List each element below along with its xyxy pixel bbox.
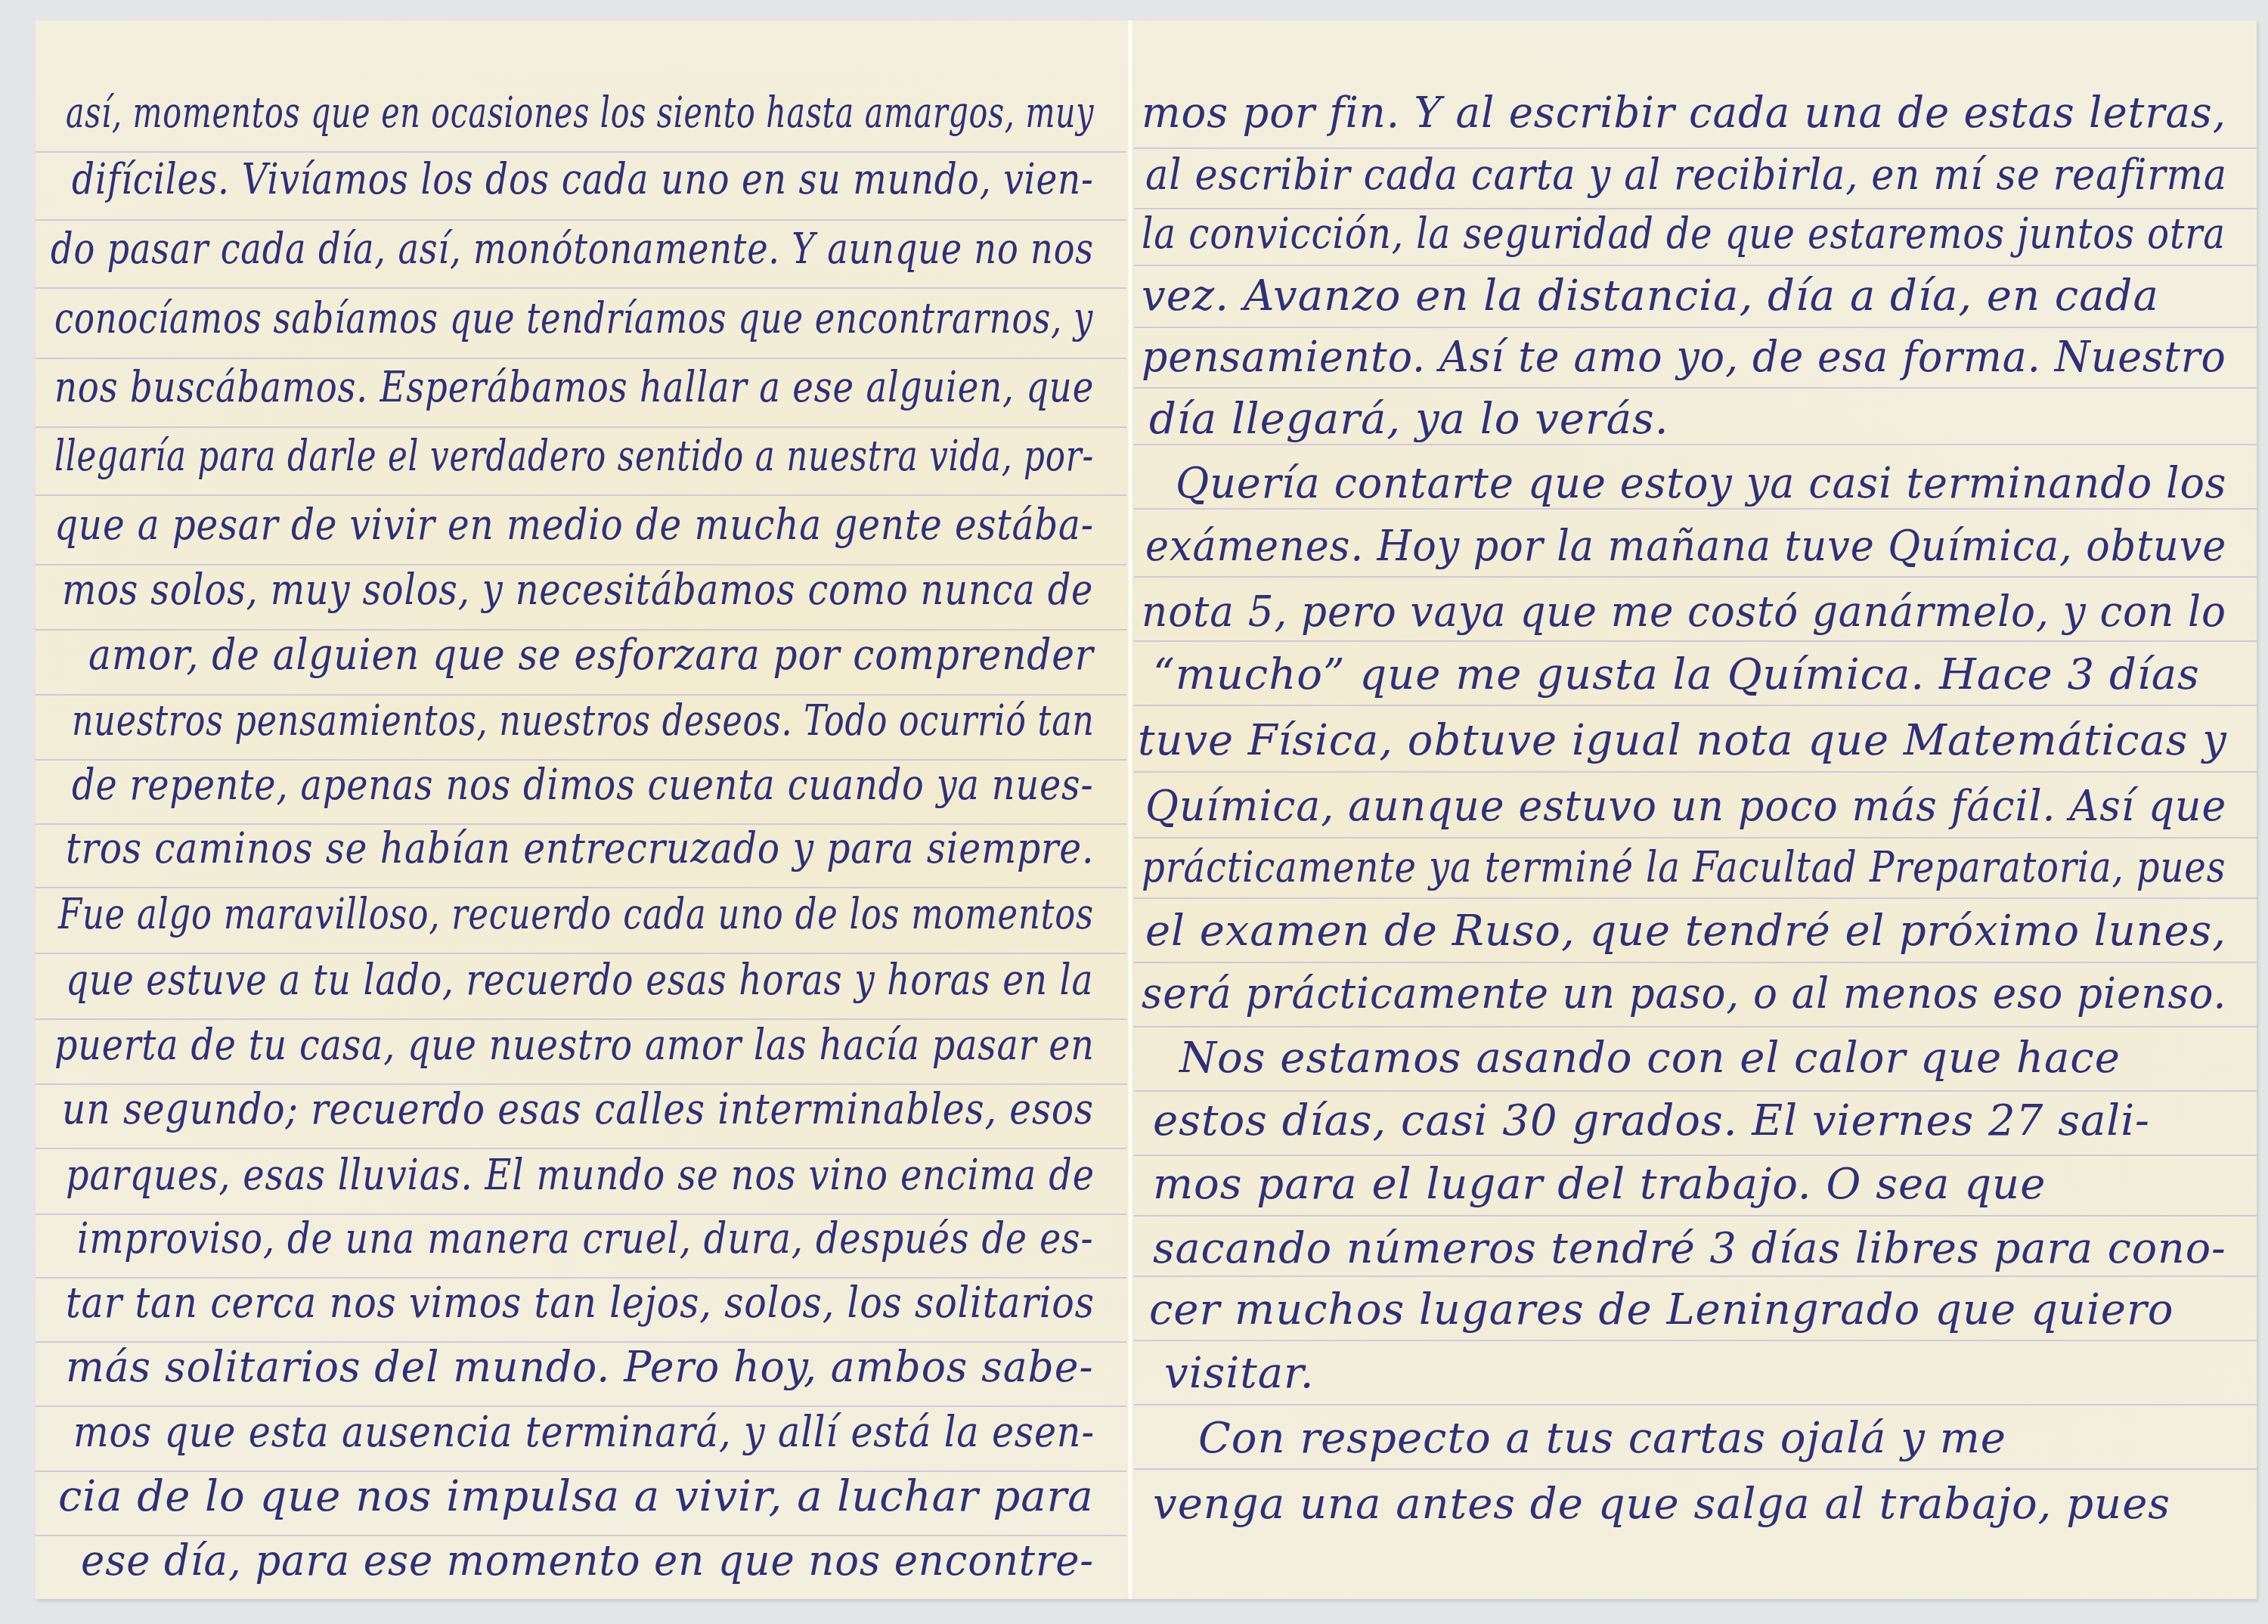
ruled-line: [1134, 265, 2257, 266]
handwritten-line: do pasar cada día, así, monótonamente. Y…: [51, 228, 1094, 271]
ruled-line: [1134, 640, 2257, 642]
handwritten-line: nota 5, pero vaya que me costó ganármelo…: [1142, 591, 2226, 634]
handwritten-line: vez. Avanzo en la distancia, día a día, …: [1142, 275, 2159, 318]
handwritten-line: que a pesar de vivir en medio de mucha g…: [54, 504, 1094, 547]
handwritten-line: difíciles. Vivíamos los dos cada uno en …: [72, 159, 1094, 201]
handwritten-line: sacando números tendré 3 días libres par…: [1153, 1228, 2226, 1270]
ruled-line: [36, 953, 1126, 954]
right-page: mos por fin. Y al escribir cada una de e…: [1134, 20, 2257, 1599]
handwritten-line: Quería contarte que estoy ya casi termin…: [1176, 463, 2226, 505]
ruled-line: [36, 287, 1126, 289]
ruled-line: [1134, 147, 2257, 149]
ruled-line: [36, 358, 1126, 359]
ruled-line: [1134, 444, 2257, 445]
ruled-line: [1134, 576, 2257, 578]
handwritten-line: amor, de alguien que se esforzara por co…: [88, 634, 1094, 677]
handwritten-line: Con respecto a tus cartas ojalá y me: [1198, 1418, 2006, 1460]
handwritten-line: Química, aunque estuvo un poco más fácil…: [1145, 786, 2226, 828]
ruled-line: [1134, 1215, 2257, 1216]
handwritten-line: ese día, para ese momento en que nos enc…: [81, 1540, 1094, 1582]
ruled-line: [36, 694, 1126, 696]
ruled-line: [36, 887, 1126, 888]
handwritten-line: pensamiento. Así te amo yo, de esa forma…: [1142, 336, 2226, 379]
handwritten-line: un segundo; recuerdo esas calles intermi…: [62, 1089, 1094, 1131]
ruled-line: [1134, 705, 2257, 706]
handwritten-line: mos por fin. Y al escribir cada una de e…: [1142, 92, 2226, 135]
handwritten-line: prácticamente ya terminé la Facultad Pre…: [1142, 847, 2226, 889]
ruled-line: [1134, 1154, 2257, 1156]
ruled-line: [36, 151, 1126, 153]
handwritten-line: “mucho” que me gusta la Química. Hace 3 …: [1153, 654, 2200, 696]
ruled-line: [36, 219, 1126, 221]
handwritten-line: mos para el lugar del trabajo. O sea que: [1153, 1164, 2046, 1206]
handwritten-line: Nos estamos asando con el calor que hace: [1179, 1037, 2121, 1080]
handwritten-line: cia de lo que nos impulsa a vivir, a luc…: [58, 1476, 1094, 1518]
ruled-line: [36, 1406, 1126, 1407]
letter-sheet: así, momentos que en ocasiones los sient…: [36, 20, 2257, 1599]
handwritten-line: al escribir cada carta y al recibirla, e…: [1145, 154, 2227, 197]
ruled-line: [36, 426, 1126, 428]
handwritten-line: será prácticamente un paso, o al menos e…: [1142, 973, 2226, 1015]
handwritten-line: parques, esas lluvias. El mundo se nos v…: [66, 1154, 1095, 1197]
handwritten-line: estos días, casi 30 grados. El viernes 2…: [1153, 1100, 2150, 1142]
ruled-line: [1134, 962, 2257, 963]
ruled-line: [36, 1018, 1126, 1020]
handwritten-line: el examen de Ruso, que tendré el próximo…: [1145, 910, 2226, 953]
ruled-line: [1134, 1468, 2257, 1470]
handwritten-line: conocíamos sabíamos que tendríamos que e…: [54, 298, 1093, 340]
ruled-line: [1134, 1275, 2257, 1277]
handwritten-line: mos solos, muy solos, y necesitábamos co…: [62, 569, 1093, 612]
handwritten-line: improviso, de una manera cruel, dura, de…: [77, 1218, 1093, 1260]
handwritten-line: venga una antes de que salga al trabajo,…: [1153, 1483, 2170, 1526]
ruled-line: [1134, 771, 2257, 773]
ruled-line: [1134, 1404, 2257, 1406]
ruled-line: [1134, 837, 2257, 838]
ruled-line: [1134, 1340, 2257, 1341]
ruled-line: [1134, 387, 2257, 389]
handwritten-line: tuve Física, obtuve igual nota que Matem…: [1138, 720, 2227, 762]
handwritten-line: cer muchos lugares de Leningrado que qui…: [1149, 1289, 2173, 1331]
ruled-line: [1134, 327, 2257, 328]
ruled-line: [1134, 1026, 2257, 1027]
handwritten-line: día llegará, ya lo verás.: [1149, 398, 1669, 441]
handwritten-line: mos que esta ausencia terminará, y allí …: [73, 1412, 1095, 1454]
left-page: así, momentos que en ocasiones los sient…: [36, 20, 1126, 1599]
handwritten-line: exámenes. Hoy por la mañana tuve Química…: [1145, 525, 2226, 568]
ruled-line: [36, 494, 1126, 496]
handwritten-line: puerta de tu casa, que nuestro amor las …: [54, 1024, 1095, 1067]
handwritten-line: más solitarios del mundo. Pero hoy, ambo…: [66, 1347, 1093, 1389]
handwritten-line: llegaría para darle el verdadero sentido…: [54, 435, 1094, 478]
handwritten-line: de repente, apenas nos dimos cuenta cuan…: [72, 764, 1093, 807]
handwritten-line: nos buscábamos. Esperábamos hallar a ese…: [54, 367, 1094, 409]
handwritten-line: tros caminos se habían entrecruzado y pa…: [66, 828, 1094, 870]
handwritten-line: así, momentos que en ocasiones los sient…: [66, 92, 1094, 135]
handwritten-line: la convicción, la seguridad de que estar…: [1142, 213, 2226, 256]
handwritten-line: Fue algo maravilloso, recuerdo cada uno …: [58, 894, 1094, 936]
ruled-line: [36, 1148, 1126, 1149]
handwritten-line: visitar.: [1164, 1353, 1315, 1395]
handwritten-line: que estuve a tu lado, recuerdo esas hora…: [66, 959, 1093, 1002]
page-fold: [1126, 20, 1134, 1599]
ruled-line: [1134, 897, 2257, 899]
ruled-line: [1134, 1090, 2257, 1092]
handwritten-line: nuestros pensamientos, nuestros deseos. …: [72, 700, 1095, 742]
handwritten-line: tar tan cerca nos vimos tan lejos, solos…: [66, 1282, 1095, 1325]
ruled-line: [1134, 508, 2257, 510]
